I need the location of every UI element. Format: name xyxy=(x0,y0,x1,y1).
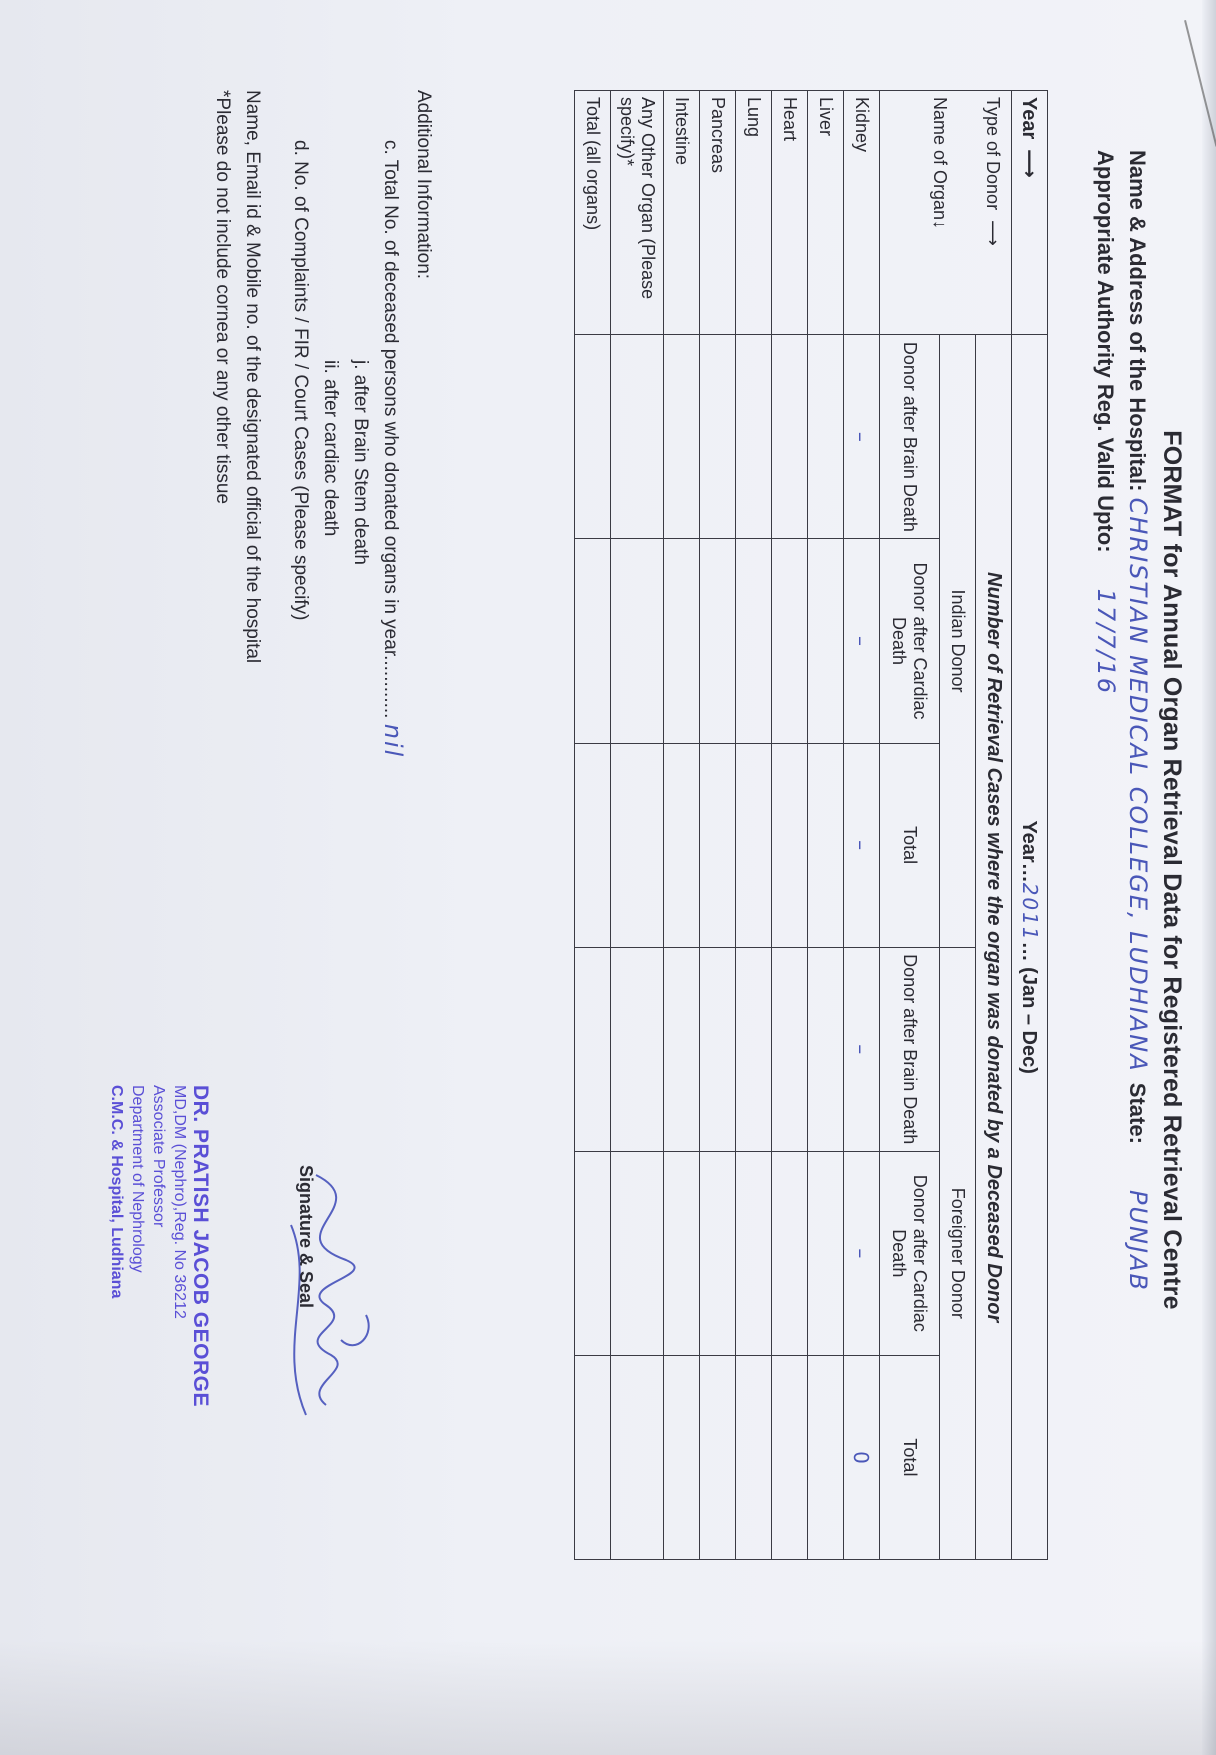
arrow-down-icon: ↓ xyxy=(930,220,950,229)
data-cell[interactable] xyxy=(808,335,844,539)
scanned-form-page: FORMAT for Annual Organ Retrieval Data f… xyxy=(0,0,1216,1755)
data-cell[interactable] xyxy=(736,539,772,743)
data-cell[interactable] xyxy=(808,743,844,947)
data-cell[interactable] xyxy=(772,539,808,743)
organ-name: Heart xyxy=(772,91,808,335)
data-cell[interactable]: – xyxy=(844,947,880,1151)
state-label: State: xyxy=(1125,1083,1150,1144)
data-cell[interactable] xyxy=(736,947,772,1151)
hospital-value: CHRISTIAN MEDICAL COLLEGE, LUDHIANA xyxy=(1124,498,1152,1073)
table-row: Heart xyxy=(772,91,808,1560)
data-cell[interactable] xyxy=(611,335,664,539)
year-value-cell: Year…2011… (Jan – Dec) xyxy=(1012,335,1048,1560)
item-c-ii: ii. after cardiac death xyxy=(315,90,345,758)
data-cell[interactable] xyxy=(664,539,700,743)
data-cell[interactable] xyxy=(772,1355,808,1559)
item-c-i: j. after Brain Stem death xyxy=(345,90,375,758)
authority-value: 17/7/16 xyxy=(1092,589,1120,696)
col-indian-brain-death: Donor after Brain Death xyxy=(880,335,940,539)
footnote: *Please do not include cornea or any oth… xyxy=(207,90,237,758)
hospital-label: Name & Address of the Hospital: xyxy=(1125,150,1150,491)
form-title: FORMAT for Annual Organ Retrieval Data f… xyxy=(1157,90,1186,1650)
table-row: Total (all organs) xyxy=(575,91,611,1560)
data-cell[interactable] xyxy=(611,1355,664,1559)
data-cell[interactable]: – xyxy=(844,1151,880,1355)
data-cell[interactable]: 0 xyxy=(844,1355,880,1559)
table-row: Kidney–––––0 xyxy=(844,91,880,1560)
item-c-value: nil xyxy=(379,724,407,759)
year-value: 2011 xyxy=(1018,883,1042,942)
data-cell[interactable] xyxy=(808,947,844,1151)
organ-name: Total (all organs) xyxy=(575,91,611,335)
data-cell[interactable] xyxy=(664,335,700,539)
data-cell[interactable] xyxy=(664,947,700,1151)
data-cell[interactable] xyxy=(772,1151,808,1355)
data-cell[interactable]: – xyxy=(844,743,880,947)
data-cell[interactable]: – xyxy=(844,539,880,743)
data-cell[interactable] xyxy=(700,743,736,947)
authority-field: Appropriate Authority Reg. Valid Upto: 1… xyxy=(1092,150,1120,695)
hospital-field: Name & Address of the Hospital: CHRISTIA… xyxy=(1124,150,1152,1292)
data-cell[interactable] xyxy=(611,743,664,947)
authority-label: Appropriate Authority Reg. Valid Upto: xyxy=(1093,150,1118,553)
table-row: Lung xyxy=(736,91,772,1560)
data-cell[interactable] xyxy=(575,947,611,1151)
col-foreigner-total: Total xyxy=(880,1355,940,1559)
data-cell[interactable] xyxy=(575,335,611,539)
scan-shadow xyxy=(0,1640,1216,1755)
data-cell[interactable] xyxy=(700,539,736,743)
group-indian-donor: Indian Donor xyxy=(940,335,976,947)
data-cell[interactable] xyxy=(575,539,611,743)
signature-scribble xyxy=(266,1165,386,1425)
stamp-designation: Associate Professor xyxy=(148,1085,169,1407)
stamp-institution: C.M.C. & Hospital, Ludhiana xyxy=(106,1085,127,1407)
data-cell[interactable] xyxy=(700,1355,736,1559)
signature-label: Signature & Seal xyxy=(295,1165,316,1308)
data-cell[interactable] xyxy=(700,947,736,1151)
table-row: Intestine xyxy=(664,91,700,1560)
stamp-qualification: MD,DM (Nephro),Reg. No 36212 xyxy=(169,1085,190,1407)
contact-note: Name, Email id & Mobile no. of the desig… xyxy=(237,90,267,758)
data-cell[interactable] xyxy=(575,743,611,947)
organ-name: Kidney xyxy=(844,91,880,335)
data-cell[interactable] xyxy=(611,947,664,1151)
data-cell[interactable] xyxy=(772,335,808,539)
organ-rows: Kidney–––––0LiverHeartLungPancreasIntest… xyxy=(575,91,880,1560)
col-foreigner-brain-death: Donor after Brain Death xyxy=(880,947,940,1151)
data-cell[interactable] xyxy=(736,1355,772,1559)
organ-name: Liver xyxy=(808,91,844,335)
data-cell[interactable] xyxy=(575,1355,611,1559)
col-indian-cardiac-death: Donor after Cardiac Death xyxy=(880,539,940,743)
stamp-department: Department of Nephrology xyxy=(127,1085,148,1407)
organ-retrieval-table: Year⟶ Year…2011… (Jan – Dec) Type of Don… xyxy=(574,90,1048,1560)
scan-edge xyxy=(1202,0,1216,1755)
stamp-name: DR. PRATISH JACOB GEORGE xyxy=(190,1085,211,1407)
item-d: d. No. of Complaints / FIR / Court Cases… xyxy=(285,90,315,758)
data-cell[interactable] xyxy=(664,1151,700,1355)
year-row: Year⟶ Year…2011… (Jan – Dec) xyxy=(1012,91,1048,1560)
arrow-right-icon: ⟶ xyxy=(982,220,1003,246)
organ-name: Lung xyxy=(736,91,772,335)
data-cell[interactable] xyxy=(772,743,808,947)
additional-heading: Additional Information: xyxy=(408,90,438,758)
data-cell[interactable] xyxy=(736,1151,772,1355)
item-c: c. Total No. of deceased persons who don… xyxy=(375,90,408,758)
arrow-right-icon: ⟶ xyxy=(1017,149,1042,178)
table-row: Liver xyxy=(808,91,844,1560)
table-caption: Number of Retrieval Cases where the orga… xyxy=(976,335,1012,1560)
data-cell[interactable] xyxy=(736,335,772,539)
data-cell[interactable] xyxy=(611,539,664,743)
data-cell[interactable] xyxy=(772,947,808,1151)
state-value: PUNJAB xyxy=(1124,1190,1152,1292)
table-row: Any Other Organ (Please specify)* xyxy=(611,91,664,1560)
data-cell[interactable] xyxy=(808,1151,844,1355)
organ-name: Intestine xyxy=(664,91,700,335)
data-cell[interactable] xyxy=(736,743,772,947)
data-cell[interactable] xyxy=(575,1151,611,1355)
data-cell[interactable] xyxy=(700,335,736,539)
type-of-donor-cell: Type of Donor⟶ Name of Organ↓ xyxy=(880,91,1012,335)
data-cell[interactable] xyxy=(808,1355,844,1559)
data-cell[interactable] xyxy=(808,539,844,743)
caption-row: Type of Donor⟶ Name of Organ↓ Number of … xyxy=(976,91,1012,1560)
data-cell[interactable]: – xyxy=(844,335,880,539)
year-header-cell: Year⟶ xyxy=(1012,91,1048,335)
group-foreigner-donor: Foreigner Donor xyxy=(940,947,976,1559)
data-cell[interactable] xyxy=(611,1151,664,1355)
table-row: Pancreas xyxy=(700,91,736,1560)
data-cell[interactable] xyxy=(700,1151,736,1355)
data-cell[interactable] xyxy=(664,1355,700,1559)
organ-name: Pancreas xyxy=(700,91,736,335)
official-stamp: DR. PRATISH JACOB GEORGE MD,DM (Nephro),… xyxy=(106,1085,211,1407)
organ-name: Any Other Organ (Please specify)* xyxy=(611,91,664,335)
data-cell[interactable] xyxy=(664,743,700,947)
additional-information: Additional Information: c. Total No. of … xyxy=(207,90,438,758)
col-indian-total: Total xyxy=(880,743,940,947)
col-foreigner-cardiac-death: Donor after Cardiac Death xyxy=(880,1151,940,1355)
